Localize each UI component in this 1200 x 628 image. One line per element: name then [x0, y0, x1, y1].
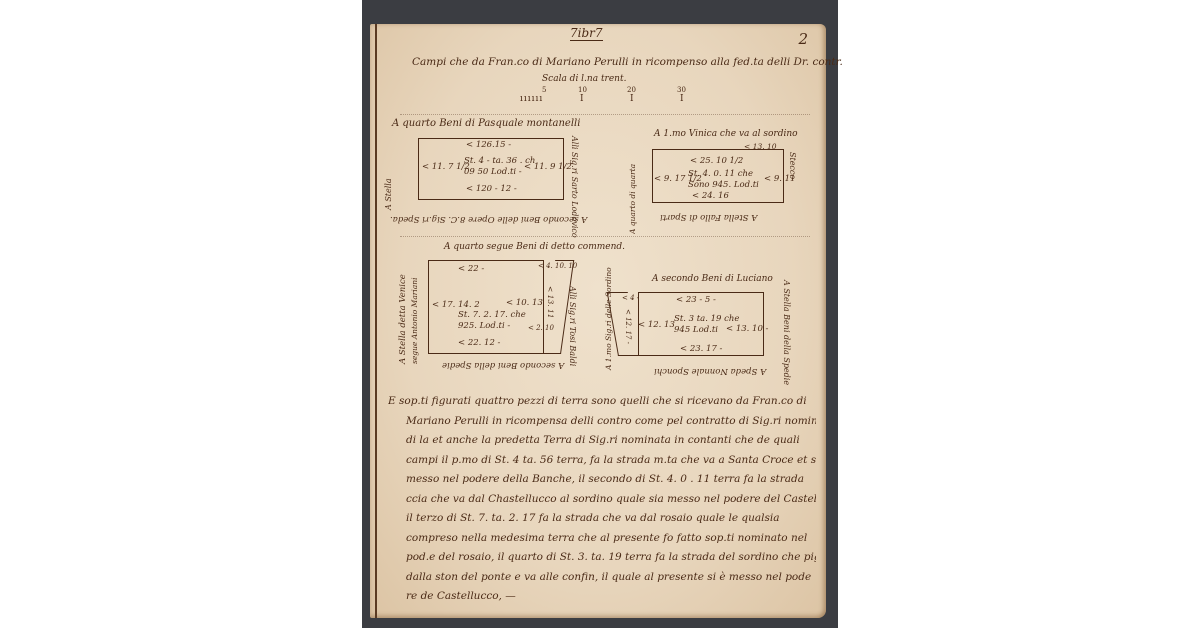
plot-left-measure: < 9. 17 1/2 — [654, 174, 702, 184]
plot-bottom-measure: < 22. 12 - — [458, 338, 500, 348]
plot-bottom-measure: < 23. 17 - — [680, 344, 722, 354]
plot-right-measure: < 11. 9 1/2 — [524, 162, 572, 172]
plot-bottom-border: A secondo Beni della Spedie — [442, 360, 564, 370]
scale-caption: Scala di l.na trent. — [542, 74, 626, 84]
header-word: 7ibr7 — [570, 26, 603, 41]
plot-right-border: Stecco — [788, 152, 797, 202]
body-line: Mariano Perulli in ricompensa delli cont… — [388, 412, 816, 432]
plot-left-measure: < 17. 14. 2 — [432, 300, 480, 310]
plot-right-border: Alli Sig.ri Tosi Baldi — [568, 286, 577, 366]
strip-side-measure: < 13. 11 — [546, 286, 555, 316]
plot-left-border: A 1.mo Sig.ri delle Sordino — [604, 290, 613, 370]
scale-bar: ıııııı 5 10 I 20 I 30 I — [520, 88, 720, 106]
body-line: messo nel podere della Banche, il second… — [388, 470, 816, 490]
plot-area-value: 945 Lod.ti — [674, 325, 718, 335]
body-line: ccia che va dal Chastellucco al sordino … — [388, 490, 816, 510]
plot-top-measure: < 22 - — [458, 264, 484, 274]
scale-tick: 10 — [578, 86, 587, 94]
plot-caption: A 1.mo Vinica che va al sordino — [654, 129, 798, 139]
strip-top-measure: < 4 - — [622, 294, 639, 302]
body-line: compreso nella medesima terra che al pre… — [388, 529, 816, 549]
body-line: dalla ston del ponte e va alle confin, i… — [388, 568, 816, 588]
page-title: Campi che da Fran.co di Mariano Perulli … — [412, 56, 812, 68]
plot-right-measure: < 10. 13 — [506, 298, 543, 308]
body-line: campi il p.mo di St. 4 ta. 56 terra, fa … — [388, 451, 816, 471]
scan-background: 7ibr7 2 Campi che da Fran.co di Mariano … — [362, 0, 838, 628]
body-text: E sop.ti figurati quattro pezzi di terra… — [388, 392, 816, 607]
page-number: 2 — [798, 30, 808, 48]
plot-left-border: A Stella detta Venice — [398, 274, 408, 364]
scale-mark: I — [580, 94, 584, 104]
scale-mark: I — [680, 94, 684, 104]
plot-area: St. 7. 2. 17. che — [458, 310, 526, 320]
plot-left-border-2: segue Antonio Mariani — [410, 274, 419, 364]
plot-bottom-measure: < 24. 16 — [692, 191, 729, 201]
plot-left-border: A Stella — [384, 180, 393, 210]
body-line: di la et anche la predetta Terra di Sig.… — [388, 431, 816, 451]
body-line: E sop.ti figurati quattro pezzi di terra… — [388, 392, 816, 412]
binding-stitch — [375, 24, 377, 618]
ruling-dots — [400, 114, 810, 115]
plot-caption: A quarto Beni di Pasquale montanelli — [392, 118, 580, 129]
plot-area-value: 09 50 Lod.ti - — [464, 167, 522, 177]
strip-top-measure: < 4. 10. 10 — [538, 262, 577, 270]
plot-area: St. 3 ta. 19 che — [674, 314, 739, 324]
plot-corner-measure: < 13. 10 — [744, 142, 777, 151]
plot-bottom-border: A Stella Fallo di Sparti — [660, 212, 757, 222]
body-line: pod.e del rosaio, il quarto di St. 3. ta… — [388, 548, 816, 568]
strip-side-measure: < 12. 17 - — [624, 309, 632, 339]
plot-bottom-border: A Speda Nonnale Sponchi — [654, 366, 766, 376]
plot-caption: A quarto segue Beni di detto commend. — [444, 242, 625, 252]
scale-tick: 20 — [627, 86, 636, 94]
plot-area-value: 925. Lod.ti - — [458, 321, 510, 331]
plot-top-measure: < 126.15 - — [466, 140, 511, 150]
plot-top-measure: < 25. 10 1/2 — [690, 156, 743, 166]
manuscript-page: 7ibr7 2 Campi che da Fran.co di Mariano … — [370, 24, 826, 618]
plot-left-measure: < 11. 7 1/2 — [422, 162, 470, 172]
strip-bottom-measure: < 2. 10 — [528, 324, 554, 332]
plot-bottom-measure: < 120 - 12 - — [466, 184, 517, 194]
body-line: re de Castellucco, — — [388, 587, 816, 607]
plot-right-border: Alli Sig.ri Sarto Lodovico — [570, 136, 579, 216]
ruling-dots — [400, 236, 810, 237]
plot-caption: A secondo Beni di Luciano — [652, 274, 773, 284]
scale-tick: 30 — [677, 86, 686, 94]
scale-mark: I — [630, 94, 634, 104]
scale-tick: 5 — [542, 86, 546, 94]
plot-left-measure: < 12. 13 — [638, 320, 675, 330]
plot-top-measure: < 23 - 5 - — [676, 295, 716, 305]
body-line: il terzo di St. 7. ta. 2. 17 fa la strad… — [388, 509, 816, 529]
plot-right-border: A Stella Beni della Spedie — [782, 280, 791, 370]
plot-bottom-border: A secondo Beni delle Opere 8.C. Sig.ri S… — [390, 214, 587, 224]
plot-right-measure: < 13. 10 - — [726, 324, 768, 334]
scale-small-ticks: ıııııı — [520, 94, 543, 104]
plot-left-border: A quarto di quarta Beni di Tollo — [628, 164, 637, 234]
